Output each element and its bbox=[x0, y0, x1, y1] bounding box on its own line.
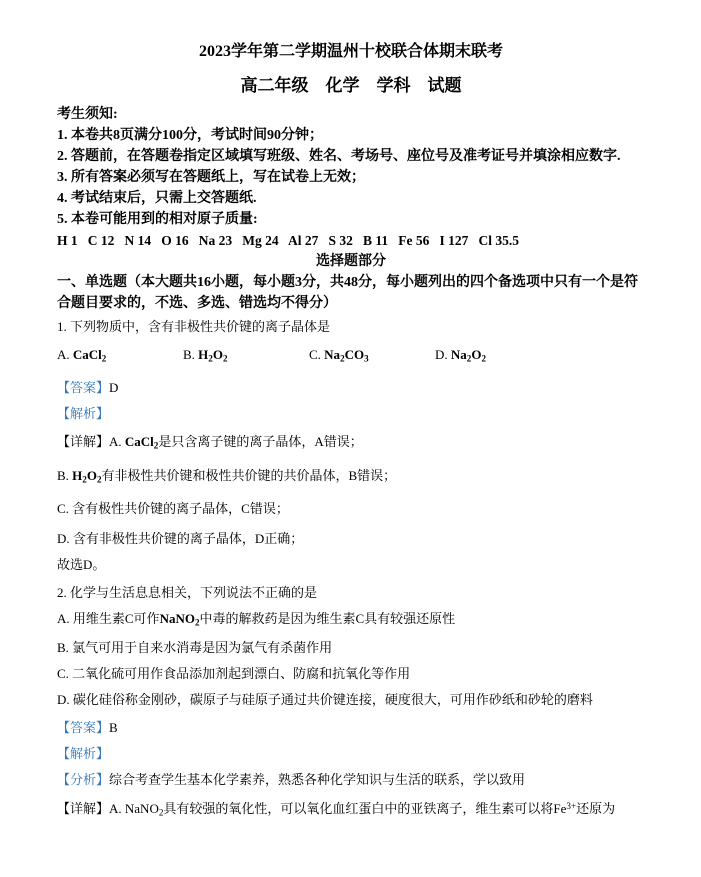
question-2-option-a: A. 用维生素C可作NaNO2中毒的解救药是因为维生素C具有较强还原性 bbox=[57, 610, 645, 631]
option-label: A. bbox=[57, 347, 73, 362]
option-label: D. bbox=[435, 347, 451, 362]
question-2-option-d: D. 碳化硅俗称金刚砂，碳原子与硅原子通过共价键连接，硬度很大，可用作砂纸和砂轮… bbox=[57, 691, 645, 709]
answer-value: D bbox=[109, 380, 118, 395]
formula-cacl2: CaCl2 bbox=[73, 347, 106, 362]
question-1-option-d: D. Na2O2 bbox=[435, 346, 645, 367]
analysis-tag: 【解析】 bbox=[57, 746, 109, 761]
notice-item-2: 2. 答题前，在答题卷指定区域填写班级、姓名、考场号、座位号及准考证号并填涂相应… bbox=[57, 146, 645, 167]
question-1-detail-b: B. H2O2有非极性共价键和极性共价键的共价晶体，B错误； bbox=[57, 467, 645, 488]
question-1-option-a: A. CaCl2 bbox=[57, 346, 183, 367]
detail-text: A. CaCl2是只含离子键的离子晶体，A错误； bbox=[109, 434, 363, 449]
option-label: B. bbox=[183, 347, 198, 362]
question-2-analysis-line: 【解析】 bbox=[57, 745, 645, 763]
question-1-detail-d: D. 含有非极性共价键的离子晶体，D正确； bbox=[57, 530, 645, 548]
notice-item-3: 3. 所有答案必须写在答题纸上，写在试卷上无效； bbox=[57, 167, 645, 188]
question-1-detail-a: 【详解】A. CaCl2是只含离子键的离子晶体，A错误； bbox=[57, 433, 645, 454]
notice-heading: 考生须知: bbox=[57, 104, 645, 125]
question-1-option-c: C. Na2CO3 bbox=[309, 346, 435, 367]
fenxi-text: 综合考查学生基本化学素养，熟悉各种化学知识与生活的联系，学以致用 bbox=[109, 772, 525, 787]
formula-h2o2: H2O2 bbox=[198, 347, 227, 362]
formula-na2o2: Na2O2 bbox=[451, 347, 486, 362]
option-label: C. bbox=[309, 347, 324, 362]
notice-item-1: 1. 本卷共8页满分100分，考试时间90分钟； bbox=[57, 125, 645, 146]
formula-na2co3: Na2CO3 bbox=[324, 347, 368, 362]
question-1-conclusion: 故选D。 bbox=[57, 556, 645, 574]
section-header: 选择题部分 bbox=[57, 251, 645, 272]
question-2-text: 2. 化学与生活息息相关，下列说法不正确的是 bbox=[57, 584, 645, 602]
question-1-options: A. CaCl2 B. H2O2 C. Na2CO3 D. Na2O2 bbox=[57, 346, 645, 367]
question-1-text: 1. 下列物质中，含有非极性共价键的离子晶体是 bbox=[57, 318, 645, 336]
section-intro: 一、单选题（本大题共16小题，每小题3分，共48分，每小题列出的四个备选项中只有… bbox=[57, 272, 645, 314]
question-2: 2. 化学与生活息息相关，下列说法不正确的是 A. 用维生素C可作NaNO2中毒… bbox=[57, 584, 645, 822]
answer-value: B bbox=[109, 720, 118, 735]
question-1-answer-line: 【答案】D bbox=[57, 379, 645, 397]
question-2-option-b: B. 氯气可用于自来水消毒是因为氯气有杀菌作用 bbox=[57, 639, 645, 657]
question-2-answer-line: 【答案】B bbox=[57, 719, 645, 737]
answer-tag: 【答案】 bbox=[57, 720, 109, 735]
exam-title: 2023学年第二学期温州十校联合体期末联考 bbox=[57, 42, 645, 62]
question-1: 1. 下列物质中，含有非极性共价键的离子晶体是 A. CaCl2 B. H2O2… bbox=[57, 318, 645, 574]
atomic-mass-line: H 1 C 12 N 14 O 16 Na 23 Mg 24 Al 27 S 3… bbox=[57, 230, 645, 251]
analysis-tag: 【解析】 bbox=[57, 406, 109, 421]
question-2-fenxi-line: 【分析】综合考查学生基本化学素养，熟悉各种化学知识与生活的联系，学以致用 bbox=[57, 771, 645, 789]
notice-item-4: 4. 考试结束后，只需上交答题纸. bbox=[57, 188, 645, 209]
fenxi-tag: 【分析】 bbox=[57, 772, 109, 787]
notice-section: 考生须知: 1. 本卷共8页满分100分，考试时间90分钟； 2. 答题前，在答… bbox=[57, 104, 645, 251]
detail-tag: 【详解】 bbox=[57, 434, 109, 449]
question-2-detail-line: 【详解】A. NaNO2具有较强的氧化性，可以氧化血红蛋白中的亚铁离子，维生素可… bbox=[57, 797, 645, 821]
answer-tag: 【答案】 bbox=[57, 380, 109, 395]
exam-subtitle: 高二年级 化学 学科 试题 bbox=[57, 75, 645, 97]
detail-tag: 【详解】 bbox=[57, 801, 109, 816]
detail-text: A. NaNO2具有较强的氧化性，可以氧化血红蛋白中的亚铁离子，维生素可以将Fe… bbox=[109, 801, 615, 816]
question-1-analysis-line: 【解析】 bbox=[57, 405, 645, 423]
question-1-detail-c: C. 含有极性共价键的离子晶体，C错误； bbox=[57, 500, 645, 518]
question-1-option-b: B. H2O2 bbox=[183, 346, 309, 367]
question-2-option-c: C. 二氧化硫可用作食品添加剂起到漂白、防腐和抗氧化等作用 bbox=[57, 665, 645, 683]
exam-document-page: 2023学年第二学期温州十校联合体期末联考 高二年级 化学 学科 试题 考生须知… bbox=[0, 0, 701, 877]
notice-item-5: 5. 本卷可能用到的相对原子质量: bbox=[57, 209, 645, 230]
